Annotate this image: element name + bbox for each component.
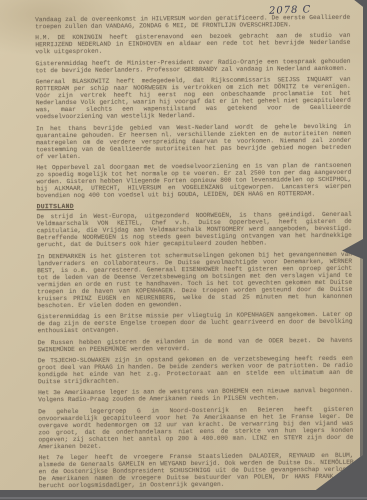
section-header-duitsland: DUITSLAND — [37, 201, 352, 210]
paragraph-liberated-statesmen: Het 7e leger heeft de vroegere Franse St… — [39, 452, 354, 489]
paragraph-army-group-g: De gehele legergroep G in Noord-Oostenri… — [38, 405, 353, 449]
paragraph-capitulation-west: De strijd in West-Europa, uitgezonderd N… — [37, 211, 352, 248]
paragraph-denmark: In DENEMARKEN is het gisteren tot scherm… — [37, 250, 352, 308]
paragraph-prague-uprising: De TSJECHO-SLOWAKEN zijn in opstand geko… — [38, 355, 353, 385]
paper-edge-shadow — [360, 252, 363, 490]
paragraph-british-mission: Gisterenmiddag is een Britse missie per … — [37, 311, 352, 334]
paragraph-ratification: Vandaag zal de overeenkomst in HILVERSUM… — [35, 14, 350, 30]
paragraph-blaskowitz: Generaal BLASKOWITZ heeft medegedeeld, d… — [36, 76, 351, 120]
paragraph-queen-visit: H.M. DE KONINGIN heeft gisterenavond een… — [35, 32, 350, 55]
paragraph-quarantine: In het thans bevrijde gebied van West-Ne… — [36, 122, 351, 159]
scanned-document-background: { "document": { "handwritten_number": "2… — [0, 0, 367, 500]
paragraph-third-army: Het 3e Amerikaanse leger is aan de westg… — [38, 387, 353, 403]
scanner-bottom-edge — [0, 497, 367, 499]
typewritten-text-block: Vandaag zal de overeenkomst in HILVERSUM… — [35, 14, 354, 494]
paragraph-gerbrandy: Gisterenmiddag heeft de Minister-Preside… — [35, 58, 350, 74]
paragraph-food-supply: Het Opperbevel zal doorgaan met de voeds… — [36, 162, 351, 199]
document-page: 2078 C Vandaag zal de overeenkomst in HI… — [0, 0, 363, 490]
paragraph-oder-islands: De Russen hebben gisteren de eilanden in… — [38, 336, 353, 352]
